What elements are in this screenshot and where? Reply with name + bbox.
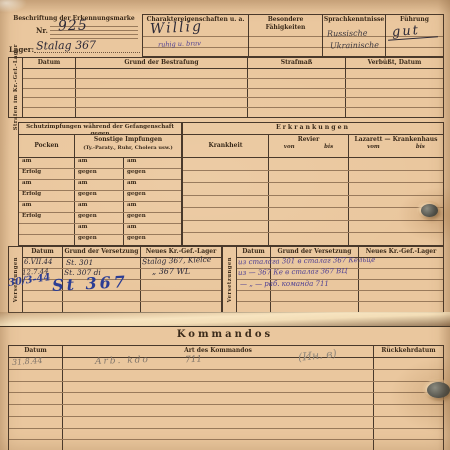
empty-cell xyxy=(183,221,269,233)
tag-number-handwriting: 925 xyxy=(58,17,88,34)
kommando-art-handwriting: Arb. kdo xyxy=(95,355,150,367)
empty-cell xyxy=(9,382,63,393)
impf-cell: Erfolg xyxy=(19,213,75,223)
impf-cell: am xyxy=(75,180,124,190)
krankheit-label: Krankheit xyxy=(183,135,269,157)
charakter-note-handwriting: ruhig u. brav xyxy=(158,39,201,48)
empty-cell xyxy=(76,98,248,107)
empty-cell xyxy=(374,440,443,450)
empty-cell xyxy=(248,69,346,78)
language1-handwriting: Russische xyxy=(327,29,368,39)
empty-cell xyxy=(23,98,76,107)
empty-cell xyxy=(23,302,63,312)
fastener-hole xyxy=(421,204,438,217)
empty-cell xyxy=(183,158,269,170)
empty-cell xyxy=(23,69,76,78)
revier-label: Revier xyxy=(298,136,320,143)
empty-cell xyxy=(63,417,374,428)
empty-row xyxy=(9,382,443,394)
empty-cell xyxy=(269,183,349,195)
impfungen-table: Schutzimpfungen während der Gefangenscha… xyxy=(18,122,182,246)
sonstige-label-cell: Sonstige Impfungen (Ty.-Paraty., Ruhr, C… xyxy=(75,135,181,157)
impf-cell: gegen xyxy=(124,169,181,179)
pow-record-card: Beschriftung der Erkennungsmarke Nr. Lag… xyxy=(0,0,450,450)
empty-cell xyxy=(76,79,248,88)
empty-cell xyxy=(349,158,443,170)
empty-cell xyxy=(349,183,443,195)
empty-row xyxy=(23,89,443,99)
empty-cell xyxy=(9,393,63,404)
empty-cell xyxy=(9,440,63,450)
empty-row xyxy=(183,208,443,221)
erkrankungen-header-row: Krankheit Revier vonbis Lazarett — Krank… xyxy=(183,135,443,158)
empty-cell xyxy=(248,108,346,117)
empty-cell xyxy=(63,440,374,450)
empty-row xyxy=(9,417,443,429)
kommandos-header-row: Datum Art des Kommandos Rückkehrdatum xyxy=(9,346,443,358)
charakter-handwriting: Willig xyxy=(150,19,204,38)
empty-cell xyxy=(271,291,359,301)
versetz-datum-label: Datum xyxy=(23,247,63,257)
impf-cell: am xyxy=(124,224,181,234)
empty-row xyxy=(9,405,443,417)
erkrankungen-title: Erkrankungen xyxy=(183,123,443,134)
empty-cell xyxy=(346,79,443,88)
impfungen-row: amamam xyxy=(19,202,181,213)
empty-cell xyxy=(349,233,443,245)
empty-cell xyxy=(141,280,221,290)
strafen-header-row: Datum Grund der Bestrafung Strafmaß Verb… xyxy=(23,58,443,69)
empty-cell xyxy=(269,196,349,208)
sonstige-label: Sonstige Impfungen xyxy=(94,136,162,143)
empty-row xyxy=(183,233,443,245)
sprachen-label: Sprachkenntnisse xyxy=(323,15,385,24)
empty-cell xyxy=(374,370,443,381)
sonstige-sub-label: (Ty.-Paraty., Ruhr, Cholera usw.) xyxy=(83,145,172,151)
versetz-l1-grund: St. 301 xyxy=(66,258,93,267)
strafen-side-label: Strafen im Kr.-Gef.-Lager xyxy=(13,44,19,130)
empty-cell xyxy=(183,196,269,208)
empty-cell xyxy=(23,79,76,88)
empty-row xyxy=(23,69,443,79)
empty-cell xyxy=(183,208,269,220)
impf-cell xyxy=(19,224,75,234)
empty-cell xyxy=(9,405,63,416)
impf-cell: am xyxy=(124,202,181,212)
empty-row xyxy=(183,221,443,234)
empty-cell xyxy=(359,291,443,301)
impfungen-title: Schutzimpfungen während der Gefangenscha… xyxy=(19,123,181,134)
erkrankungen-title-row: Erkrankungen xyxy=(183,123,443,135)
impf-cell: am xyxy=(19,158,75,168)
empty-cell xyxy=(269,221,349,233)
empty-cell xyxy=(346,108,443,117)
empty-cell xyxy=(248,89,346,98)
strafen-strafmass-label: Strafmaß xyxy=(248,58,346,68)
empty-cell xyxy=(248,79,346,88)
impf-cell: am xyxy=(19,180,75,190)
kommando-nr-handwriting: 711 xyxy=(185,355,203,366)
empty-row xyxy=(183,171,443,184)
empty-cell xyxy=(346,69,443,78)
empty-row xyxy=(9,440,443,450)
empty-row xyxy=(9,393,443,405)
impf-cell: gegen xyxy=(75,191,124,201)
big-note-handwriting: St 367 xyxy=(52,272,129,295)
strafen-table: Strafen im Kr.-Gef.-Lager Datum Grund de… xyxy=(8,57,444,118)
empty-row xyxy=(183,183,443,196)
impf-cell: gegen xyxy=(124,191,181,201)
empty-cell xyxy=(183,233,269,245)
language2-handwriting: Ukrainische xyxy=(330,41,379,51)
versetz-r3-handwriting: — „ — раб. команда 711 xyxy=(240,280,329,288)
revier-bis-label: bis xyxy=(324,144,333,151)
empty-row xyxy=(237,291,443,302)
empty-cell xyxy=(374,429,443,440)
paper-fold-edge xyxy=(0,312,450,327)
empty-cell xyxy=(9,429,63,440)
impf-cell: am xyxy=(124,158,181,168)
empty-cell xyxy=(76,69,248,78)
impf-cell: gegen xyxy=(75,169,124,179)
empty-cell xyxy=(63,405,374,416)
impfungen-row: amam xyxy=(19,224,181,235)
faehigkeiten-cell: Besondere Fähigkeiten xyxy=(249,15,323,56)
strafen-verbuesst-label: Verbüßt, Datum xyxy=(346,58,443,68)
empty-cell xyxy=(269,208,349,220)
empty-cell xyxy=(63,393,374,404)
empty-row xyxy=(23,79,443,89)
strafen-side-label-cell: Strafen im Kr.-Gef.-Lager xyxy=(9,58,23,117)
empty-cell xyxy=(237,291,271,301)
empty-row xyxy=(23,108,443,117)
impf-cell: Erfolg xyxy=(19,191,75,201)
nr-label: Nr. xyxy=(36,26,48,35)
impfungen-row: Erfolggegengegen xyxy=(19,169,181,180)
empty-cell xyxy=(349,171,443,183)
empty-row xyxy=(183,196,443,209)
faehigkeiten-label: Besondere Fähigkeiten xyxy=(249,15,322,31)
empty-cell xyxy=(63,302,141,312)
empty-cell xyxy=(346,98,443,107)
erkrankungen-table: Erkrankungen Krankheit Revier vonbis Laz… xyxy=(182,122,444,246)
lazarett-header: Lazarett — Krankenhaus vombis xyxy=(349,135,443,157)
kommandos-title: Kommandos xyxy=(0,329,450,340)
empty-cell xyxy=(9,370,63,381)
strafen-datum-label: Datum xyxy=(23,58,76,68)
empty-cell xyxy=(63,370,374,381)
versetzungen-side-label: Versetzungen xyxy=(227,257,233,302)
kommandos-rueckkehr-label: Rückkehrdatum xyxy=(374,346,443,357)
empty-cell xyxy=(346,89,443,98)
empty-row xyxy=(9,370,443,382)
kommandos-row xyxy=(9,358,443,370)
revier-header: Revier vonbis xyxy=(269,135,349,157)
impfungen-header-row: Pocken Sonstige Impfungen (Ty.-Paraty., … xyxy=(19,135,181,158)
empty-cell xyxy=(374,417,443,428)
impf-cell: am xyxy=(75,158,124,168)
empty-cell xyxy=(359,269,443,279)
impf-cell: Erfolg xyxy=(19,169,75,179)
empty-cell xyxy=(269,171,349,183)
strafen-grund-label: Grund der Bestrafung xyxy=(76,58,248,68)
empty-row xyxy=(183,158,443,171)
versetzungen-side-label-cell: Versetzungen xyxy=(223,247,237,312)
empty-cell xyxy=(141,302,221,312)
impf-cell: am xyxy=(124,180,181,190)
impfungen-title-row: Schutzimpfungen während der Gefangenscha… xyxy=(19,123,181,135)
impf-cell: gegen xyxy=(124,235,181,245)
revier-von-label: von xyxy=(284,144,295,151)
impf-cell: am xyxy=(75,202,124,212)
empty-cell xyxy=(183,183,269,195)
lager-handwriting: Stalag 367 xyxy=(36,38,96,52)
versetz-l1-datum: 6.VII.44 xyxy=(24,258,52,266)
lazarett-label: Lazarett — Krankenhaus xyxy=(354,136,437,143)
empty-cell xyxy=(63,429,374,440)
impf-cell: gegen xyxy=(75,213,124,223)
impfungen-row: amamam xyxy=(19,180,181,191)
empty-row xyxy=(23,98,443,108)
empty-cell xyxy=(63,382,374,393)
empty-cell xyxy=(141,291,221,301)
empty-cell xyxy=(183,171,269,183)
empty-cell xyxy=(76,89,248,98)
impf-cell: am xyxy=(19,202,75,212)
empty-cell xyxy=(23,108,76,117)
empty-cell xyxy=(349,221,443,233)
impf-cell: am xyxy=(75,224,124,234)
empty-row xyxy=(237,302,443,312)
impf-cell xyxy=(19,235,75,245)
empty-cell xyxy=(374,405,443,416)
kommandos-table: Datum Art des Kommandos Rückkehrdatum xyxy=(8,345,444,450)
versetz-l2-neues: „ 367 WL xyxy=(152,267,190,276)
pocken-label: Pocken xyxy=(19,135,75,157)
impfungen-row: Erfolggegengegen xyxy=(19,191,181,202)
fuehrung-label: Führung xyxy=(386,15,443,24)
empty-row xyxy=(23,302,221,312)
impf-cell: gegen xyxy=(124,213,181,223)
impfungen-row: Erfolggegengegen xyxy=(19,213,181,224)
versetz-grund-label: Grund der Versetzung xyxy=(63,247,141,257)
empty-cell xyxy=(374,358,443,369)
empty-cell xyxy=(9,417,63,428)
empty-cell xyxy=(237,302,271,312)
versetz-datum-label: Datum xyxy=(237,247,271,257)
impfungen-row: amamam xyxy=(19,158,181,169)
empty-cell xyxy=(23,89,76,98)
fastener-hole xyxy=(427,382,450,398)
empty-cell xyxy=(269,233,349,245)
empty-cell xyxy=(271,302,359,312)
empty-row xyxy=(9,429,443,441)
empty-cell xyxy=(76,108,248,117)
empty-cell xyxy=(269,158,349,170)
empty-cell xyxy=(248,98,346,107)
impfungen-row: gegengegen xyxy=(19,235,181,245)
impf-cell: gegen xyxy=(75,235,124,245)
empty-cell xyxy=(359,302,443,312)
lazarett-vom-label: vom xyxy=(367,144,380,151)
empty-cell xyxy=(359,280,443,290)
lazarett-bis-label: bis xyxy=(416,144,425,151)
